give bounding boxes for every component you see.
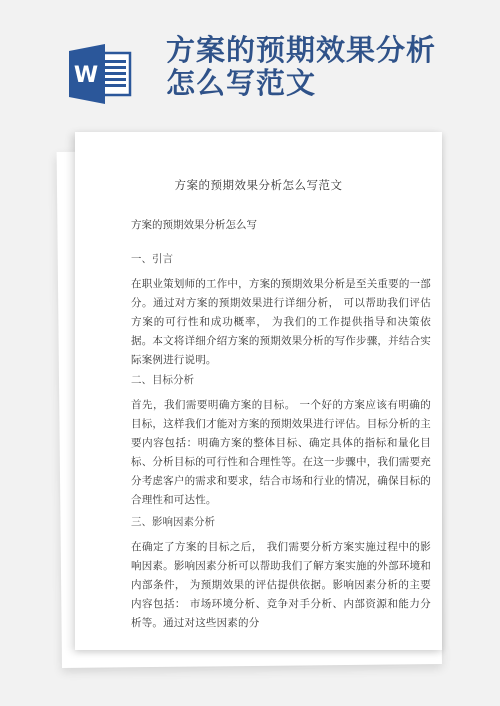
document-subtitle: 方案的预期效果分析怎么写 [131,217,257,232]
section-body: 首先，我们需要明确方案的目标。 一个好的方案应该有明确的目标，这样我们才能对方案… [131,396,431,510]
logo-letter: W [74,63,98,88]
page-title: 方案的预期效果分析怎么写范文 [166,34,436,100]
document-page: 方案的预期效果分析怎么写范文 方案的预期效果分析怎么写 一、引言 在职业策划师的… [75,132,442,650]
section-heading: 二、目标分析 [131,373,431,387]
header-banner: W 方案的预期效果分析怎么写范文 [0,0,500,130]
document-title: 方案的预期效果分析怎么写范文 [75,177,442,193]
section-factor-analysis: 三、影响因素分析 在确定了方案的目标之后， 我们需要分析方案实施过程中的影响因素… [131,515,431,633]
section-body: 在职业策划师的工作中，方案的预期效果分析是至关重要的一部分。通过对方案的预期效果… [131,275,431,370]
section-introduction: 一、引言 在职业策划师的工作中，方案的预期效果分析是至关重要的一部分。通过对方案… [131,252,431,370]
section-goal-analysis: 二、目标分析 首先，我们需要明确方案的目标。 一个好的方案应该有明确的目标，这样… [131,373,431,510]
section-body: 在确定了方案的目标之后， 我们需要分析方案实施过程中的影响因素。影响因素分析可以… [131,538,431,633]
section-heading: 一、引言 [131,252,431,266]
word-document-icon: W [69,44,135,104]
section-heading: 三、影响因素分析 [131,515,431,529]
